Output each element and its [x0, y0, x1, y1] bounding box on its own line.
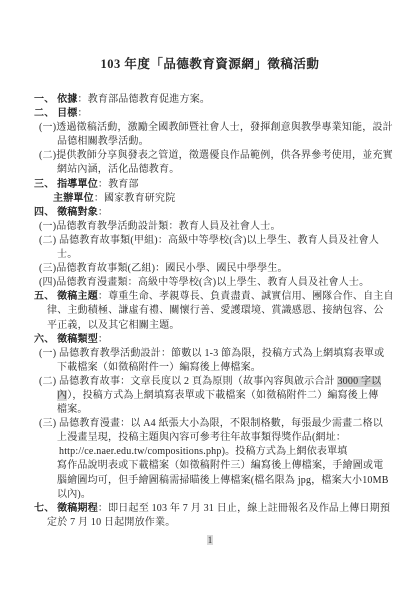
text-segment: ：即日起至 103 年 7 月 31 日止，線上註冊報名及作品上傳日期預	[98, 503, 390, 514]
text-line: http://ce.naer.edu.tw/compositions.php)。…	[0, 445, 420, 459]
text-line: 腦繪圖均可，但手繪圖稿需掃瞄後上傳檔案(檔名限為 jpg，檔案大小10MB	[0, 474, 420, 488]
text-line: 四、 徵稿對象：	[0, 206, 420, 220]
text-segment: 寫作品說明表或下載檔案（如徵稿附件三）編寫後上傳檔案，手繪圖或電	[57, 460, 383, 471]
text-segment: ：教育部品德教育促進方案。	[78, 94, 211, 105]
text-segment: 主辦單位	[53, 193, 94, 204]
text-segment: 三、 指導單位	[34, 179, 98, 190]
text-segment: (一)透過徵稿活動，激勵全國教師暨社會人士，發揮創意與教學專業知能，設計	[39, 122, 393, 133]
text-segment: http://ce.naer.edu.tw/compositions.php)。…	[59, 446, 348, 457]
text-segment: 七、 徵稿期程	[34, 503, 98, 514]
document-body: 一、 依據：教育部品德教育促進方案。二、 目標：(一)透過徵稿活動，激勵全國教師…	[0, 93, 420, 530]
text-line: 內），投稿方式為上網填寫表單或下載檔案（如徵稿附件二）編寫後上傳	[0, 389, 420, 403]
text-line: 寫作品說明表或下載檔案（如徵稿附件三）編寫後上傳檔案，手繪圖或電	[0, 459, 420, 473]
text-segment: ：	[78, 108, 88, 119]
text-line: 定於 7 月 10 日起開放作業。	[0, 516, 420, 530]
text-line: 一、 依據：教育部品德教育促進方案。	[0, 93, 420, 107]
text-segment: (一) 品德教育教學活動設計：節數以 1-3 節為限，投稿方式為上網填寫表單或	[39, 348, 384, 359]
text-line: 下載檔案（如徵稿附件一）編寫後上傳檔案。	[0, 361, 420, 375]
text-segment: (三) 品德教育漫畫：以 A4 紙張大小為限，不限制格數，每張最少需畫二格以	[39, 418, 383, 429]
text-segment: ：教育部	[98, 179, 139, 190]
text-line: 網站內涵，活化品德教育。	[0, 163, 420, 177]
text-line: 上漫畫呈現，投稿主題與內容可參考往年故事類得獎作品(網址：	[0, 431, 420, 445]
text-segment: ：	[98, 334, 108, 345]
text-segment: 以內)。	[57, 489, 91, 500]
page-number-value: 1	[207, 535, 214, 545]
text-segment: 網站內涵，活化品德教育。	[57, 164, 179, 175]
text-segment: ），投稿方式為上網填寫表單或下載檔案（如徵稿附件二）編寫後上傳	[67, 390, 378, 401]
text-line: (三)品德教育故事類(乙組)：國民小學、國民中學學生。	[0, 262, 420, 276]
text-segment: ：	[98, 207, 108, 218]
text-segment: ：國家教育研究院	[94, 193, 176, 204]
text-line: (二) 品德教育故事類(甲組)：高級中等學校(含)以上學生、教育人員及社會人	[0, 234, 420, 248]
text-segment: (一)品德教育教學活動設計類：教育人員及社會人士。	[39, 221, 281, 232]
text-line: 七、 徵稿期程：即日起至 103 年 7 月 31 日止，線上註冊報名及作品上傳…	[0, 502, 420, 516]
text-line: 六、 徵稿類型：	[0, 333, 420, 347]
text-line: (三) 品德教育漫畫：以 A4 紙張大小為限，不限制格數，每張最少需畫二格以	[0, 417, 420, 431]
text-line: (一)透過徵稿活動，激勵全國教師暨社會人士，發揮創意與教學專業知能，設計	[0, 121, 420, 135]
page-number: 1	[0, 535, 420, 545]
text-segment: (二) 品德教育故事類(甲組)：高級中等學校(含)以上學生、教育人員及社會人	[39, 235, 379, 246]
text-segment: 士。	[57, 249, 77, 260]
text-line: 品德相關教學活動。	[0, 135, 420, 149]
text-line: 士。	[0, 248, 420, 262]
text-segment: 上漫畫呈現，投稿主題與內容可參考往年故事類得獎作品(網址：	[57, 432, 346, 443]
text-segment: 平正義，以及其它相關主題。	[47, 320, 180, 331]
text-line: 以內)。	[0, 488, 420, 502]
text-line: 檔案。	[0, 403, 420, 417]
document-title: 103 年度「品德教育資源網」徵稿活動	[0, 54, 420, 72]
text-segment: 檔案。	[57, 404, 88, 415]
text-segment: (四)品德教育漫畫類：高級中等學校(含)以上學生、教育人員及社會人士。	[39, 277, 369, 288]
text-line: (一)品德教育教學活動設計類：教育人員及社會人士。	[0, 220, 420, 234]
text-line: (一) 品德教育教學活動設計：節數以 1-3 節為限，投稿方式為上網填寫表單或	[0, 347, 420, 361]
text-line: (四)品德教育漫畫類：高級中等學校(含)以上學生、教育人員及社會人士。	[0, 276, 420, 290]
text-segment: 四、 徵稿對象	[34, 207, 98, 218]
text-segment: (二)提供教師分享與發表之管道，徵選優良作品範例，供各界參考使用，並充實	[39, 150, 393, 161]
text-line: 二、 目標：	[0, 107, 420, 121]
text-line: 五、 徵稿主題：尊重生命、孝親尊長、負責盡責、誠實信用、團隊合作、自主自	[0, 290, 420, 304]
text-line: (二) 品德教育故事：文章長度以 2 頁為原則（故事內容與啟示合計 3000 字…	[0, 375, 420, 389]
highlighted-text: 內	[57, 390, 67, 401]
highlighted-text: 3000 字以	[337, 376, 381, 387]
text-segment: 六、 徵稿類型	[34, 334, 98, 345]
document-page: 103 年度「品德教育資源網」徵稿活動 一、 依據：教育部品德教育促進方案。二、…	[0, 0, 420, 593]
text-line: 三、 指導單位：教育部	[0, 178, 420, 192]
text-segment: 品德相關教學活動。	[57, 136, 149, 147]
text-line: 主辦單位：國家教育研究院	[0, 192, 420, 206]
text-segment: 下載檔案（如徵稿附件一）編寫後上傳檔案。	[57, 362, 261, 373]
text-segment: 律、主動積極、謙虛有禮、關懷行善、愛護環境、賞識感恩、接納包容、公	[47, 305, 384, 316]
text-segment: (二) 品德教育故事：文章長度以 2 頁為原則（故事內容與啟示合計	[39, 376, 337, 387]
text-segment: 一、 依據	[34, 94, 78, 105]
text-segment: 定於 7 月 10 日起開放作業。	[47, 517, 175, 528]
text-segment: (三)品德教育故事類(乙組)：國民小學、國民中學學生。	[39, 263, 288, 274]
text-segment: 二、 目標	[34, 108, 78, 119]
text-segment: 五、 徵稿主題	[34, 291, 98, 302]
text-segment: ：尊重生命、孝親尊長、負責盡責、誠實信用、團隊合作、自主自	[98, 291, 394, 302]
text-line: 平正義，以及其它相關主題。	[0, 319, 420, 333]
text-line: 律、主動積極、謙虛有禮、關懷行善、愛護環境、賞識感恩、接納包容、公	[0, 304, 420, 318]
text-line: (二)提供教師分享與發表之管道，徵選優良作品範例，供各界參考使用，並充實	[0, 149, 420, 163]
text-segment: 腦繪圖均可，但手繪圖稿需掃瞄後上傳檔案(檔名限為 jpg，檔案大小10MB	[57, 475, 389, 486]
